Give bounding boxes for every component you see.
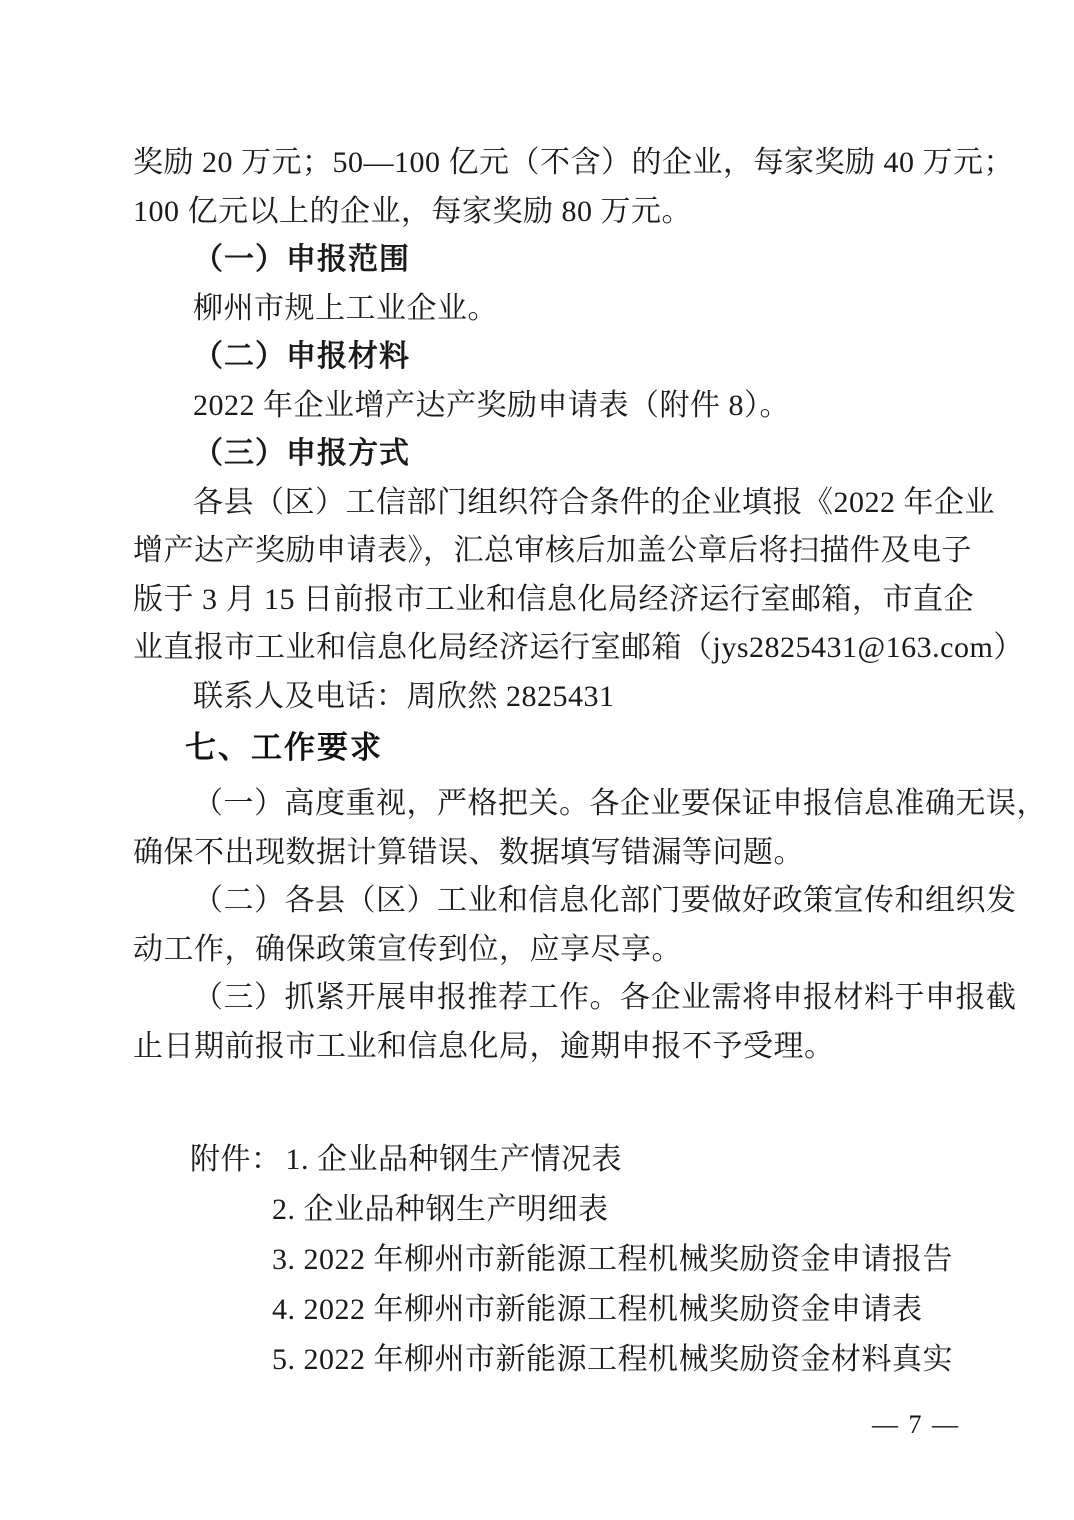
para-requirement-1b: 确保不出现数据计算错误、数据填写错漏等问题。 (133, 829, 948, 878)
document-page: 奖励 20 万元；50—100 亿元（不含）的企业，每家奖励 40 万元； 10… (0, 0, 1074, 1520)
para-requirement-2a: （二）各县（区）工业和信息化部门要做好政策宣传和组织发 (133, 877, 948, 926)
attachment-item-2: 2. 企业品种钢生产明细表 (133, 1185, 948, 1235)
attachment-item-4: 4. 2022 年柳州市新能源工程机械奖励资金申请表 (133, 1285, 948, 1335)
para-application-materials: 2022 年企业增产达产奖励申请表（附件 8）。 (133, 382, 948, 431)
attachment-item-5: 5. 2022 年柳州市新能源工程机械奖励资金材料真实 (133, 1335, 948, 1385)
para-application-method-4: 业直报市工业和信息化局经济运行室邮箱（jys2825431@163.com） (133, 624, 948, 673)
para-application-scope: 柳州市规上工业企业。 (133, 285, 948, 334)
attachment-item-1: 1. 企业品种钢生产情况表 (286, 1143, 623, 1176)
para-reward-tier-top: 100 亿元以上的企业，每家奖励 80 万元。 (133, 188, 948, 237)
para-contact-info: 联系人及电话：周欣然 2825431 (133, 673, 948, 722)
subheading-application-materials: （二）申报材料 (133, 333, 948, 382)
para-reward-tier-continuation: 奖励 20 万元；50—100 亿元（不含）的企业，每家奖励 40 万元； (133, 139, 948, 188)
attachments-section: 附件：1. 企业品种钢生产情况表 2. 企业品种钢生产明细表 3. 2022 年… (133, 1135, 948, 1385)
attachments-label: 附件： (190, 1143, 282, 1176)
document-body: 奖励 20 万元；50—100 亿元（不含）的企业，每家奖励 40 万元； 10… (133, 139, 948, 1385)
para-application-method-3: 版于 3 月 15 日前报市工业和信息化局经济运行室邮箱，市直企 (133, 576, 948, 625)
subheading-application-scope: （一）申报范围 (133, 236, 948, 285)
para-application-method-2: 增产达产奖励申请表》，汇总审核后加盖公章后将扫描件及电子 (133, 527, 948, 576)
heading-work-requirements: 七、工作要求 (133, 723, 948, 773)
subheading-application-method: （三）申报方式 (133, 430, 948, 479)
para-application-method-1: 各县（区）工信部门组织符合条件的企业填报《2022 年企业 (133, 479, 948, 528)
attachment-item-3: 3. 2022 年柳州市新能源工程机械奖励资金申请报告 (133, 1235, 948, 1285)
page-number: — 7 — (872, 1410, 960, 1440)
para-requirement-2b: 动工作，确保政策宣传到位，应享尽享。 (133, 926, 948, 975)
para-requirement-3b: 止日期前报市工业和信息化局，逾期申报不予受理。 (133, 1023, 948, 1072)
para-requirement-1a: （一）高度重视，严格把关。各企业要保证申报信息准确无误， (133, 780, 948, 829)
attachment-item-1-row: 附件：1. 企业品种钢生产情况表 (133, 1135, 948, 1185)
para-requirement-3a: （三）抓紧开展申报推荐工作。各企业需将申报材料于申报截 (133, 974, 948, 1023)
